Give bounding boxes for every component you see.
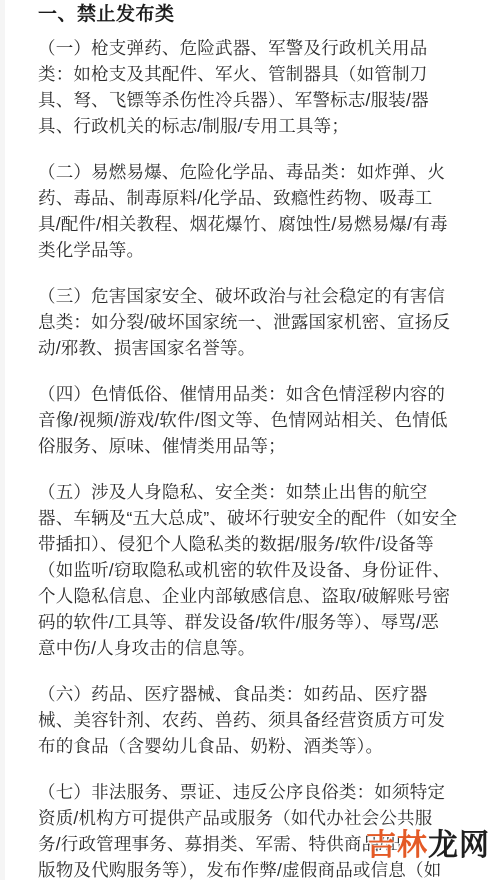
paragraph-2: （二）易燃易爆、危险化学品、毒品类：如炸弹、火 药、毒品、制毒原料/化学品、致瘾…	[38, 159, 474, 263]
paragraph-5: （五）涉及人身隐私、安全类：如禁止出售的航空 器、车辆及“五大总成”、破坏行驶安…	[38, 479, 474, 661]
paragraph-6: （六）药品、医疗器械、食品类：如药品、医疗器 械、美容针剂、农药、兽药、须具备经…	[38, 681, 474, 759]
paragraph-3: （三）危害国家安全、破坏政治与社会稳定的有害信 息类：如分裂/破坏国家统一、泄露…	[38, 283, 474, 361]
site-watermark: 吉林龙网	[366, 830, 490, 862]
section-title: 一、禁止发布类	[38, 1, 474, 28]
watermark-part-1: 吉林	[366, 829, 428, 862]
paragraph-4: （四）色情低俗、催情用品类：如含色情淫秽内容的 音像/视频/游戏/软件/图文等、…	[38, 381, 474, 459]
document-page: 一、禁止发布类 （一）枪支弹药、危险武器、军警及行政机关用品 类：如枪支及其配件…	[0, 0, 500, 880]
watermark-part-2: 龙网	[428, 829, 490, 862]
page-edge	[0, 0, 5, 880]
paragraph-list: （一）枪支弹药、危险武器、军警及行政机关用品 类：如枪支及其配件、军火、管制器具…	[38, 35, 474, 880]
paragraph-1: （一）枪支弹药、危险武器、军警及行政机关用品 类：如枪支及其配件、军火、管制器具…	[38, 35, 474, 139]
